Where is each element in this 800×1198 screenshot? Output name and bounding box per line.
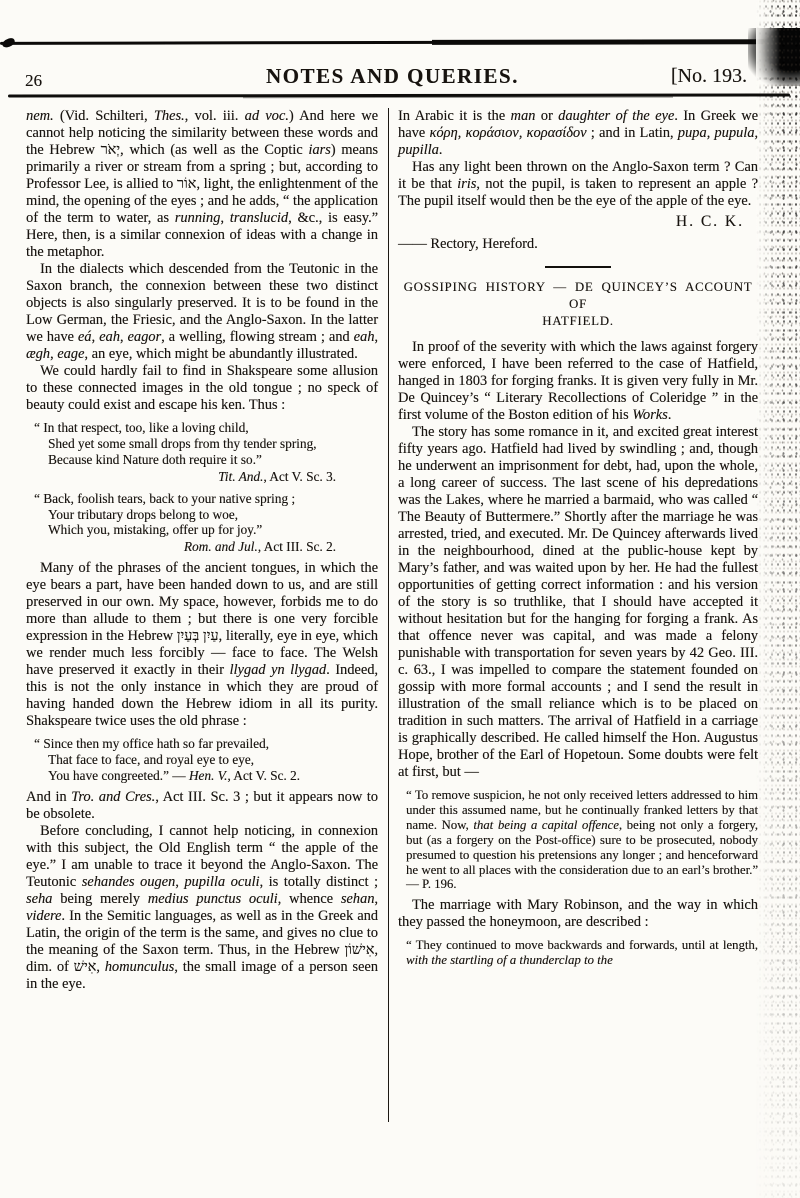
article-heading-line: HATFIELD. [542,314,614,328]
quote-line: Your tributary drops belong to woe, [48,507,378,523]
paragraph: Before concluding, I cannot help noticin… [26,823,378,993]
paragraph: And in Tro. and Cres., Act III. Sc. 3 ; … [26,789,378,823]
page-number: 26 [25,71,42,91]
quote-line: Shed yet some small drops from thy tende… [48,436,378,452]
column-divider-rule [388,108,389,1122]
quote-line: “ Back, foolish tears, back to your nati… [34,491,378,507]
issue-number: [No. 193. [671,65,747,88]
verse-quote: “ In that respect, too, like a loving ch… [32,420,378,485]
left-column: nem. (Vid. Schilteri, Thes., vol. iii. a… [26,108,378,1122]
quote-line: Which you, mistaking, offer up for joy.” [48,522,378,538]
quote-line: That face to face, and royal eye to eye, [48,752,378,768]
page-header: 26 NOTES AND QUERIES. [No. 193. [0,62,800,96]
verse-quote: “ Back, foolish tears, back to your nati… [32,491,378,556]
paragraph: In Arabic it is the man or daughter of t… [398,108,758,159]
quote-line: “ In that respect, too, like a loving ch… [34,420,378,436]
header-rule [8,93,790,97]
excerpt-quote: “ To remove suspicion, he not only recei… [406,788,758,892]
paragraph: We could hardly fail to find in Shakspea… [26,363,378,414]
paragraph: In the dialects which descended from the… [26,261,378,363]
scan-artifact-right-edge [756,0,800,1198]
paragraph: The story has some romance in it, and ex… [398,424,758,781]
quote-line: “ Since then my office hath so far preva… [34,736,378,752]
correspondent-address: —— Rectory, Hereford. [398,236,758,253]
paragraph: The marriage with Mary Robinson, and the… [398,897,758,931]
journal-title: NOTES AND QUERIES. [266,64,519,89]
paragraph: In proof of the severity with which the … [398,339,758,424]
excerpt-quote: “ They continued to move backwards and f… [406,938,758,968]
quote-attribution: Tit. And., Act V. Sc. 3. [32,469,336,485]
paragraph: Many of the phrases of the ancient tongu… [26,560,378,730]
section-divider-rule [545,266,611,268]
two-column-text-block: nem. (Vid. Schilteri, Thes., vol. iii. a… [26,108,758,1122]
right-column: In Arabic it is the man or daughter of t… [398,108,758,1122]
scanned-page: 26 NOTES AND QUERIES. [No. 193. nem. (Vi… [0,0,800,1198]
correspondent-signature: H. C. K. [398,213,758,231]
paragraph: nem. (Vid. Schilteri, Thes., vol. iii. a… [26,108,378,261]
paragraph: Has any light been thrown on the Anglo-S… [398,159,758,210]
quote-line: You have congreeted.” — Hen. V., Act V. … [48,768,378,784]
article-heading: GOSSIPING HISTORY — DE QUINCEY’S ACCOUNT… [398,279,758,330]
quote-line: Because kind Nature doth require it so.” [48,452,378,468]
scan-artifact-top-edge [0,40,800,45]
verse-quote: “ Since then my office hath so far preva… [32,736,378,784]
quote-attribution: Rom. and Jul., Act III. Sc. 2. [32,539,336,555]
article-heading-line: GOSSIPING HISTORY — DE QUINCEY’S ACCOUNT… [404,280,753,311]
